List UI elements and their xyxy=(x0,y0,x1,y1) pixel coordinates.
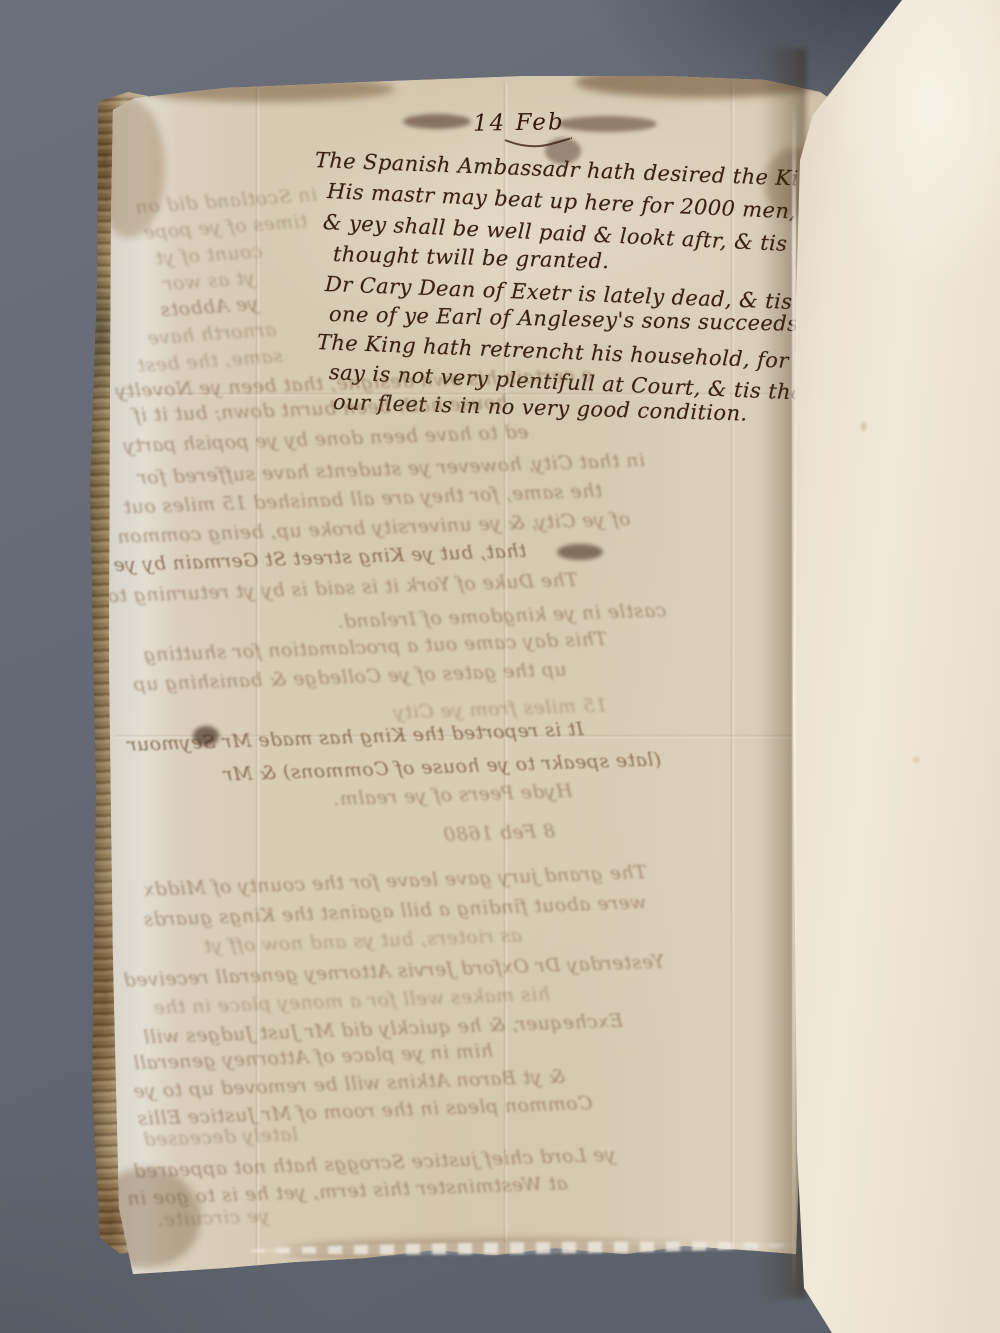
fold-crease xyxy=(730,82,735,1272)
ink-smudge xyxy=(557,116,657,132)
showthrough-line: (late speakr to ye house of Commons) & M… xyxy=(223,748,662,785)
showthrough-line: as rioters, but ys and now off yt xyxy=(203,924,523,957)
ink-blot xyxy=(193,726,219,746)
showthrough-line: castle in ye kingdome of Ireland. xyxy=(337,599,667,632)
facing-blank-page xyxy=(780,0,1000,1333)
showthrough-line: ye circuite. xyxy=(157,1205,270,1231)
heading-date: 14 Feb xyxy=(473,109,565,137)
showthrough-line: ed to have been done by ye popish party xyxy=(123,421,529,457)
ink-blot xyxy=(557,544,603,560)
manuscript-page: 14 Feb The Spanish Ambassadr hath desire… xyxy=(105,58,845,1288)
showthrough-date: 8 Feb 1680 xyxy=(443,820,556,846)
showthrough-line: yt as wor xyxy=(162,267,255,295)
showthrough-line: same, the best xyxy=(136,345,283,377)
entry-line: thought twill be granted. xyxy=(333,242,610,273)
manuscript-photo: 14 Feb The Spanish Ambassadr hath desire… xyxy=(0,0,1000,1333)
showthrough-line: lately deceased xyxy=(143,1123,299,1150)
showthrough-line: Hyde Peers of ye realm. xyxy=(333,780,573,810)
heading-flourish-line xyxy=(503,134,573,152)
facing-page-edge-highlight xyxy=(792,100,796,1290)
showthrough-line: ye Abbots xyxy=(159,293,259,322)
ink-smudge xyxy=(403,114,471,129)
showthrough-line: count of yt xyxy=(154,240,263,269)
